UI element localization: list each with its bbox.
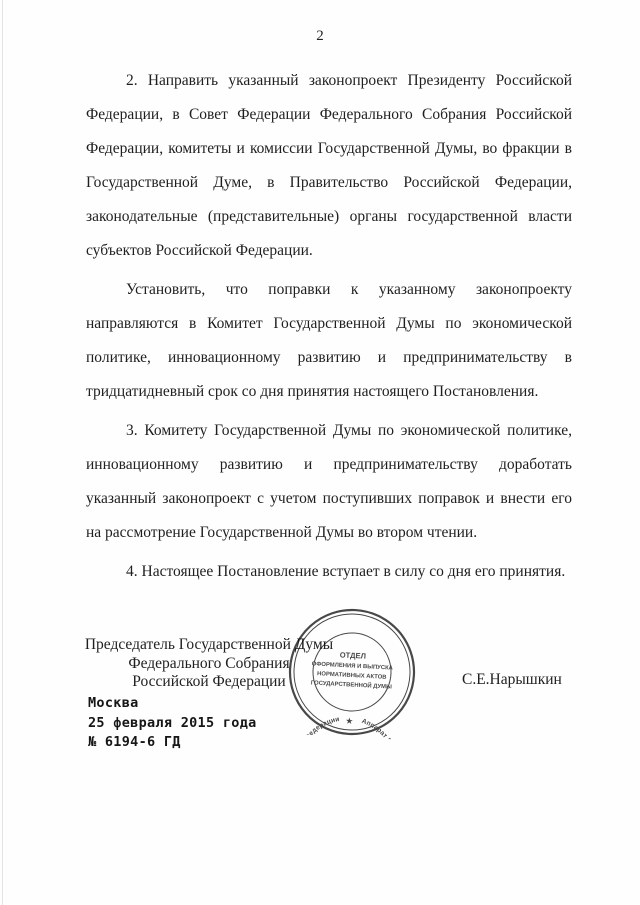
official-stamp: Аппарат Государственной Думы Федеральног… (284, 604, 421, 741)
issuance-date: 25 февраля 2015 года (88, 714, 257, 734)
document-body: 2. Направить указанный законопроект През… (86, 64, 572, 589)
paragraph-item-4: 4. Настоящее Постановление вступает в си… (86, 555, 572, 589)
document-page: 2 2. Направить указанный законопроект Пр… (0, 0, 640, 905)
page-number: 2 (0, 28, 640, 45)
issuance-block: Москва 25 февраля 2015 года № 6194-6 ГД (88, 694, 257, 753)
issuance-city: Москва (88, 694, 257, 714)
stamp-star-icon: ★ (346, 716, 354, 725)
paragraph-item-2: 2. Направить указанный законопроект През… (86, 64, 572, 268)
page-edge-line (2, 0, 3, 905)
stamp-center-line1: ОТДЕЛ (340, 650, 367, 660)
paragraph-amendments: Установить, что поправки к указанному за… (86, 273, 572, 409)
signature-name: С.Е.Нарышкин (462, 671, 562, 689)
stamp-center-line3: НОРМАТИВНЫХ АКТОВ (317, 671, 387, 681)
stamp-center-line2: ОФОРМЛЕНИЯ И ВЫПУСКА (312, 661, 394, 671)
paragraph-item-3: 3. Комитету Государственной Думы по экон… (86, 414, 572, 550)
issuance-number: № 6194-6 ГД (88, 733, 257, 753)
stamp-second-ring (291, 611, 413, 733)
